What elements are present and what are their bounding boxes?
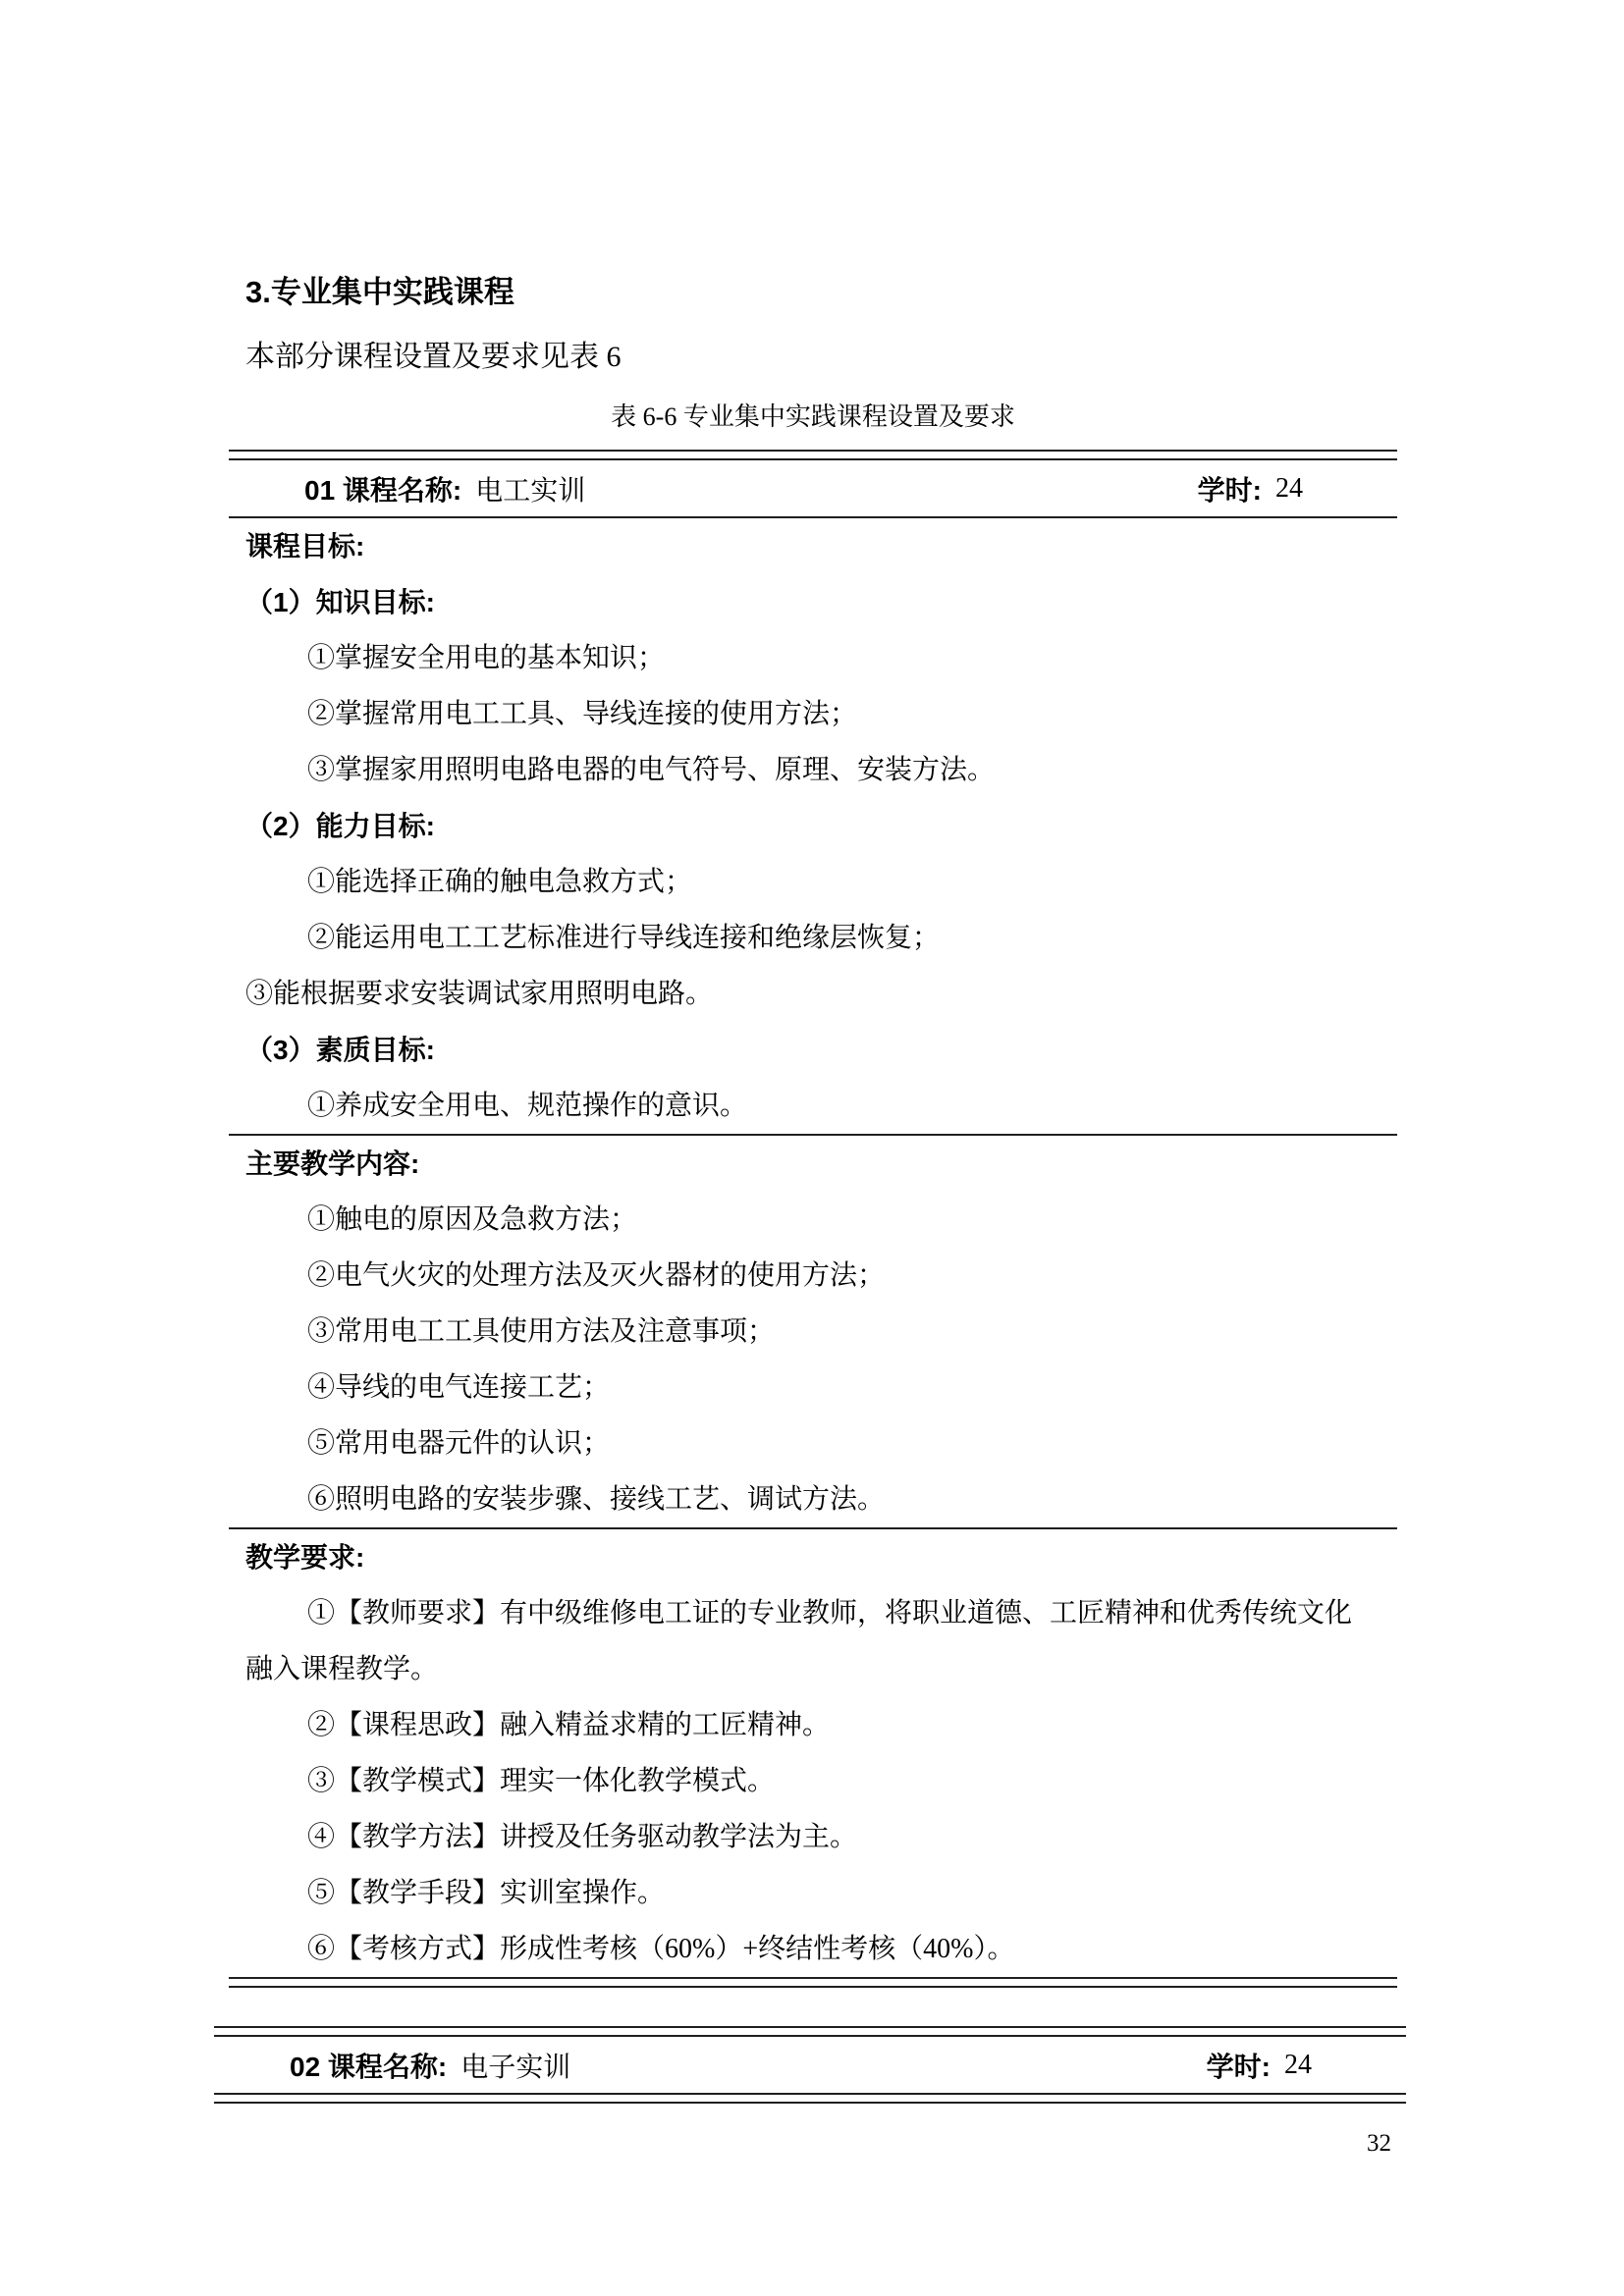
course2-name-value: 电子实训 xyxy=(460,2046,570,2085)
teaching-requirement-item-continued: 融入课程教学。 xyxy=(229,1641,1397,1697)
teaching-content-item: ②电气火灾的处理方法及灭火器材的使用方法； xyxy=(229,1248,1397,1304)
knowledge-goal-item: ③掌握家用照明电路电器的电气符号、原理、安装方法。 xyxy=(229,742,1397,798)
table-top-rule xyxy=(229,450,1397,460)
knowledge-goals-title: （1）知识目标: xyxy=(229,574,1397,630)
teaching-requirement-item: ⑥【考核方式】形成性考核（60%）+终结性考核（40%）。 xyxy=(229,1921,1397,1977)
course2-hours-value: 24 xyxy=(1284,2050,1312,2081)
ability-goal-item: ②能运用电工工艺标准进行导线连接和绝缘层恢复； xyxy=(229,910,1397,966)
ability-goal-item: ③能根据要求安装调试家用照明电路。 xyxy=(229,966,1397,1022)
teaching-content-item: ④导线的电气连接工艺； xyxy=(229,1360,1397,1415)
page-number: 32 xyxy=(1367,2130,1391,2158)
course1-name-value: 电工实训 xyxy=(475,469,585,508)
table-top-rule xyxy=(214,2026,1406,2037)
knowledge-goal-item: ①掌握安全用电的基本知识； xyxy=(229,630,1397,686)
teaching-requirement-item: ③【教学模式】理实一体化教学模式。 xyxy=(229,1753,1397,1809)
teaching-content-title: 主要教学内容: xyxy=(229,1136,1397,1192)
knowledge-goal-item: ②掌握常用电工工具、导线连接的使用方法； xyxy=(229,686,1397,742)
quality-goal-item: ①养成安全用电、规范操作的意识。 xyxy=(229,1078,1397,1134)
table-caption: 表 6-6 专业集中实践课程设置及要求 xyxy=(229,397,1397,433)
intro-text: 本部分课程设置及要求见表 6 xyxy=(245,332,622,375)
course1-hours-value: 24 xyxy=(1275,473,1303,505)
ability-goal-item: ①能选择正确的触电急救方式； xyxy=(229,854,1397,910)
section-heading: 3.专业集中实践课程 xyxy=(245,267,514,311)
teaching-content-item: ⑤常用电器元件的认识； xyxy=(229,1415,1397,1471)
course2-table: 02 课程名称: 电子实训 学时: 24 xyxy=(214,2026,1406,2104)
objectives-title: 课程目标: xyxy=(229,518,1397,574)
course1-hours-group: 学时: 24 xyxy=(1198,469,1303,508)
course2-header-row: 02 课程名称: 电子实训 学时: 24 xyxy=(214,2037,1406,2093)
teaching-requirement-item: ④【教学方法】讲授及任务驱动教学法为主。 xyxy=(229,1809,1397,1865)
objectives-section: 课程目标: （1）知识目标: ①掌握安全用电的基本知识； ②掌握常用电工工具、导… xyxy=(229,518,1397,1134)
teaching-content-item: ①触电的原因及急救方法； xyxy=(229,1192,1397,1248)
teaching-content-item: ③常用电工工具使用方法及注意事项； xyxy=(229,1304,1397,1360)
teaching-requirement-item: ⑤【教学手段】实训室操作。 xyxy=(229,1865,1397,1921)
teaching-content-section: 主要教学内容: ①触电的原因及急救方法； ②电气火灾的处理方法及灭火器材的使用方… xyxy=(229,1136,1397,1527)
course2-hours-group: 学时: 24 xyxy=(1207,2046,1312,2085)
teaching-requirement-item: ①【教师要求】有中级维修电工证的专业教师，将职业道德、工匠精神和优秀传统文化 xyxy=(229,1585,1397,1641)
course2-hours-label: 学时: xyxy=(1207,2046,1271,2085)
ability-goals-title: （2）能力目标: xyxy=(229,798,1397,854)
quality-goals-title: （3）素质目标: xyxy=(229,1022,1397,1078)
table-bottom-rule xyxy=(214,2093,1406,2104)
teaching-requirements-title: 教学要求: xyxy=(229,1529,1397,1585)
course1-number-label: 01 课程名称: xyxy=(304,469,461,508)
course2-number-label: 02 课程名称: xyxy=(290,2046,447,2085)
teaching-requirement-item: ②【课程思政】融入精益求精的工匠精神。 xyxy=(229,1697,1397,1753)
course1-header-row: 01 课程名称: 电工实训 学时: 24 xyxy=(229,460,1397,516)
teaching-content-item: ⑥照明电路的安装步骤、接线工艺、调试方法。 xyxy=(229,1471,1397,1527)
course1-hours-label: 学时: xyxy=(1198,469,1262,508)
teaching-requirements-section: 教学要求: ①【教师要求】有中级维修电工证的专业教师，将职业道德、工匠精神和优秀… xyxy=(229,1529,1397,1977)
table-bottom-rule xyxy=(229,1977,1397,1988)
document-page: 3.专业集中实践课程 本部分课程设置及要求见表 6 表 6-6 专业集中实践课程… xyxy=(0,0,1624,2296)
course1-table: 01 课程名称: 电工实训 学时: 24 课程目标: （1）知识目标: ①掌握安… xyxy=(229,450,1397,1988)
